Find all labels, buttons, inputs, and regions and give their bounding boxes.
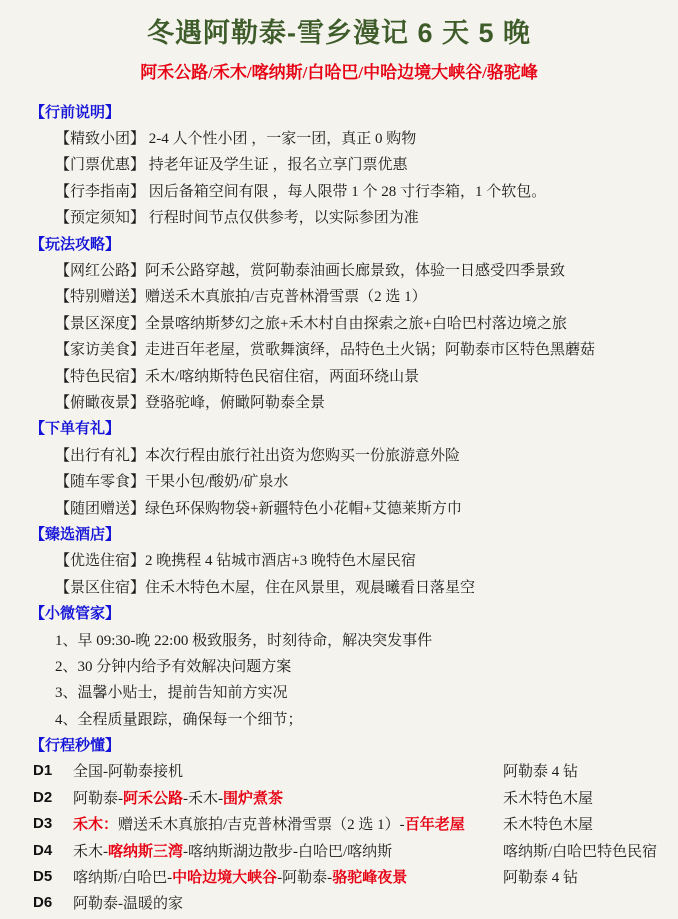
itinerary-row: D5 喀纳斯/白哈巴-中哈边境大峡谷-阿勒泰-骆驼峰夜景 阿勒泰 4 钻 [0,863,678,889]
itinerary-row: D2 阿勒泰-阿禾公路-禾木-围炉煮茶 禾木特色木屋 [0,784,678,810]
document-body: 【行前说明】 【精致小团】 2-4 人个性小团 ，一家一团，真正 0 购物 【门… [0,98,678,916]
day-route: 阿勒泰-阿禾公路-禾木-围炉煮茶 [73,787,283,808]
section-header-butler: 【小微管家】 [0,599,678,625]
route-text: 全国-阿勒泰接机 [73,764,183,780]
day-label: D3 [33,815,52,832]
section-item: 【景区深度】全景喀纳斯梦幻之旅+禾木村自由探索之旅+白哈巴村落边境之旅 [0,309,678,335]
route-text: -喀纳斯湖边散步-白哈巴/喀纳斯 [183,844,392,860]
route-highlight: 阿禾公路 [123,791,183,807]
section-item: 【景区住宿】住禾木特色木屋，住在风景里，观晨曦看日落星空 [0,573,678,599]
section-item: 【预定须知】 行程时间节点仅供参考，以实际参团为准 [0,204,678,230]
section-item: 3、温馨小贴士，提前告知前方实况 [0,679,678,705]
section-item: 1、早 09:30-晚 22:00 极致服务，时刻待命，解决突发事件 [0,626,678,652]
section-item: 【随团赠送】绿色环保购物袋+新疆特色小花帽+艾德莱斯方巾 [0,494,678,520]
route-highlight: 喀纳斯三湾 [108,844,183,860]
route-highlight: 百年老屋 [405,817,465,833]
section-item: 【随车零食】干果小包/酸奶/矿泉水 [0,467,678,493]
day-hotel: 阿勒泰 4 钻 [503,760,578,781]
section-header-highlights: 【玩法攻略】 [0,230,678,256]
route-text: 阿勒泰-温暖的家 [73,896,183,912]
route-highlight: 中哈边境大峡谷 [172,870,277,886]
route-text: 阿勒泰- [73,791,123,807]
day-route: 喀纳斯/白哈巴-中哈边境大峡谷-阿勒泰-骆驼峰夜景 [73,866,407,887]
day-hotel: 阿勒泰 4 钻 [503,866,578,887]
day-label: D4 [33,842,52,859]
day-label: D5 [33,868,52,885]
day-hotel: 喀纳斯/白哈巴特色民宿 [503,840,657,861]
day-hotel: 禾木特色木屋 [503,813,593,834]
itinerary-row: D4 禾木-喀纳斯三湾-喀纳斯湖边散步-白哈巴/喀纳斯 喀纳斯/白哈巴特色民宿 [0,837,678,863]
section-item: 【特色民宿】禾木/喀纳斯特色民宿住宿，两面环绕山景 [0,362,678,388]
day-route: 阿勒泰-温暖的家 [73,892,183,913]
route-text: 禾木- [73,844,108,860]
section-item: 【网红公路】阿禾公路穿越，赏阿勒泰油画长廊景致，体验一日感受四季景致 [0,256,678,282]
route-text: -阿勒泰- [277,870,332,886]
section-item: 【优选住宿】2 晚携程 4 钻城市酒店+3 晚特色木屋民宿 [0,547,678,573]
section-item: 【特别赠送】赠送禾木真旅拍/吉克普林滑雪票（2 选 1） [0,283,678,309]
section-item: 4、全程质量跟踪，确保每一个细节； [0,705,678,731]
section-item: 【家访美食】走进百年老屋，赏歌舞演绎，品特色土火锅；阿勒泰市区特色黑蘑菇 [0,336,678,362]
page-title: 冬遇阿勒泰-雪乡漫记 6 天 5 晚 [0,16,678,50]
section-item: 【俯瞰夜景】登骆驼峰，俯瞰阿勒泰全景 [0,388,678,414]
day-label: D2 [33,789,52,806]
section-header-gifts: 【下单有礼】 [0,415,678,441]
section-header-pretrip: 【行前说明】 [0,98,678,124]
day-route: 全国-阿勒泰接机 [73,760,183,781]
route-text: 喀纳斯/白哈巴- [73,870,172,886]
page-subtitle: 阿禾公路/禾木/喀纳斯/白哈巴/中哈边境大峡谷/骆驼峰 [0,62,678,84]
section-header-itinerary: 【行程秒懂】 [0,731,678,757]
day-label: D6 [33,894,52,911]
route-text: -禾木- [183,791,223,807]
day-route: 禾木：赠送禾木真旅拍/吉克普林滑雪票（2 选 1）-百年老屋 [73,813,465,834]
route-highlight: 围炉煮茶 [223,791,283,807]
itinerary-row: D1 全国-阿勒泰接机 阿勒泰 4 钻 [0,758,678,784]
section-item: 【精致小团】 2-4 人个性小团 ，一家一团，真正 0 购物 [0,124,678,150]
route-highlight: 骆驼峰夜景 [332,870,407,886]
itinerary-row: D6 阿勒泰-温暖的家 [0,890,678,916]
section-header-hotels: 【臻选酒店】 [0,520,678,546]
day-label: D1 [33,762,52,779]
section-item: 2、30 分钟内给予有效解决问题方案 [0,652,678,678]
day-route: 禾木-喀纳斯三湾-喀纳斯湖边散步-白哈巴/喀纳斯 [73,840,392,861]
itinerary-row: D3 禾木：赠送禾木真旅拍/吉克普林滑雪票（2 选 1）-百年老屋 禾木特色木屋 [0,811,678,837]
section-item: 【出行有礼】本次行程由旅行社出资为您购买一份旅游意外险 [0,441,678,467]
route-highlight: 禾木： [73,817,118,833]
day-hotel: 禾木特色木屋 [503,787,593,808]
section-item: 【门票优惠】 持老年证及学生证 ，报名立享门票优惠 [0,151,678,177]
document-page: 冬遇阿勒泰-雪乡漫记 6 天 5 晚 阿禾公路/禾木/喀纳斯/白哈巴/中哈边境大… [0,0,678,919]
section-item: 【行李指南】 因后备箱空间有限 ，每人限带 1 个 28 寸行李箱，1 个软包。 [0,177,678,203]
route-text: 赠送禾木真旅拍/吉克普林滑雪票（2 选 1）- [118,817,405,833]
